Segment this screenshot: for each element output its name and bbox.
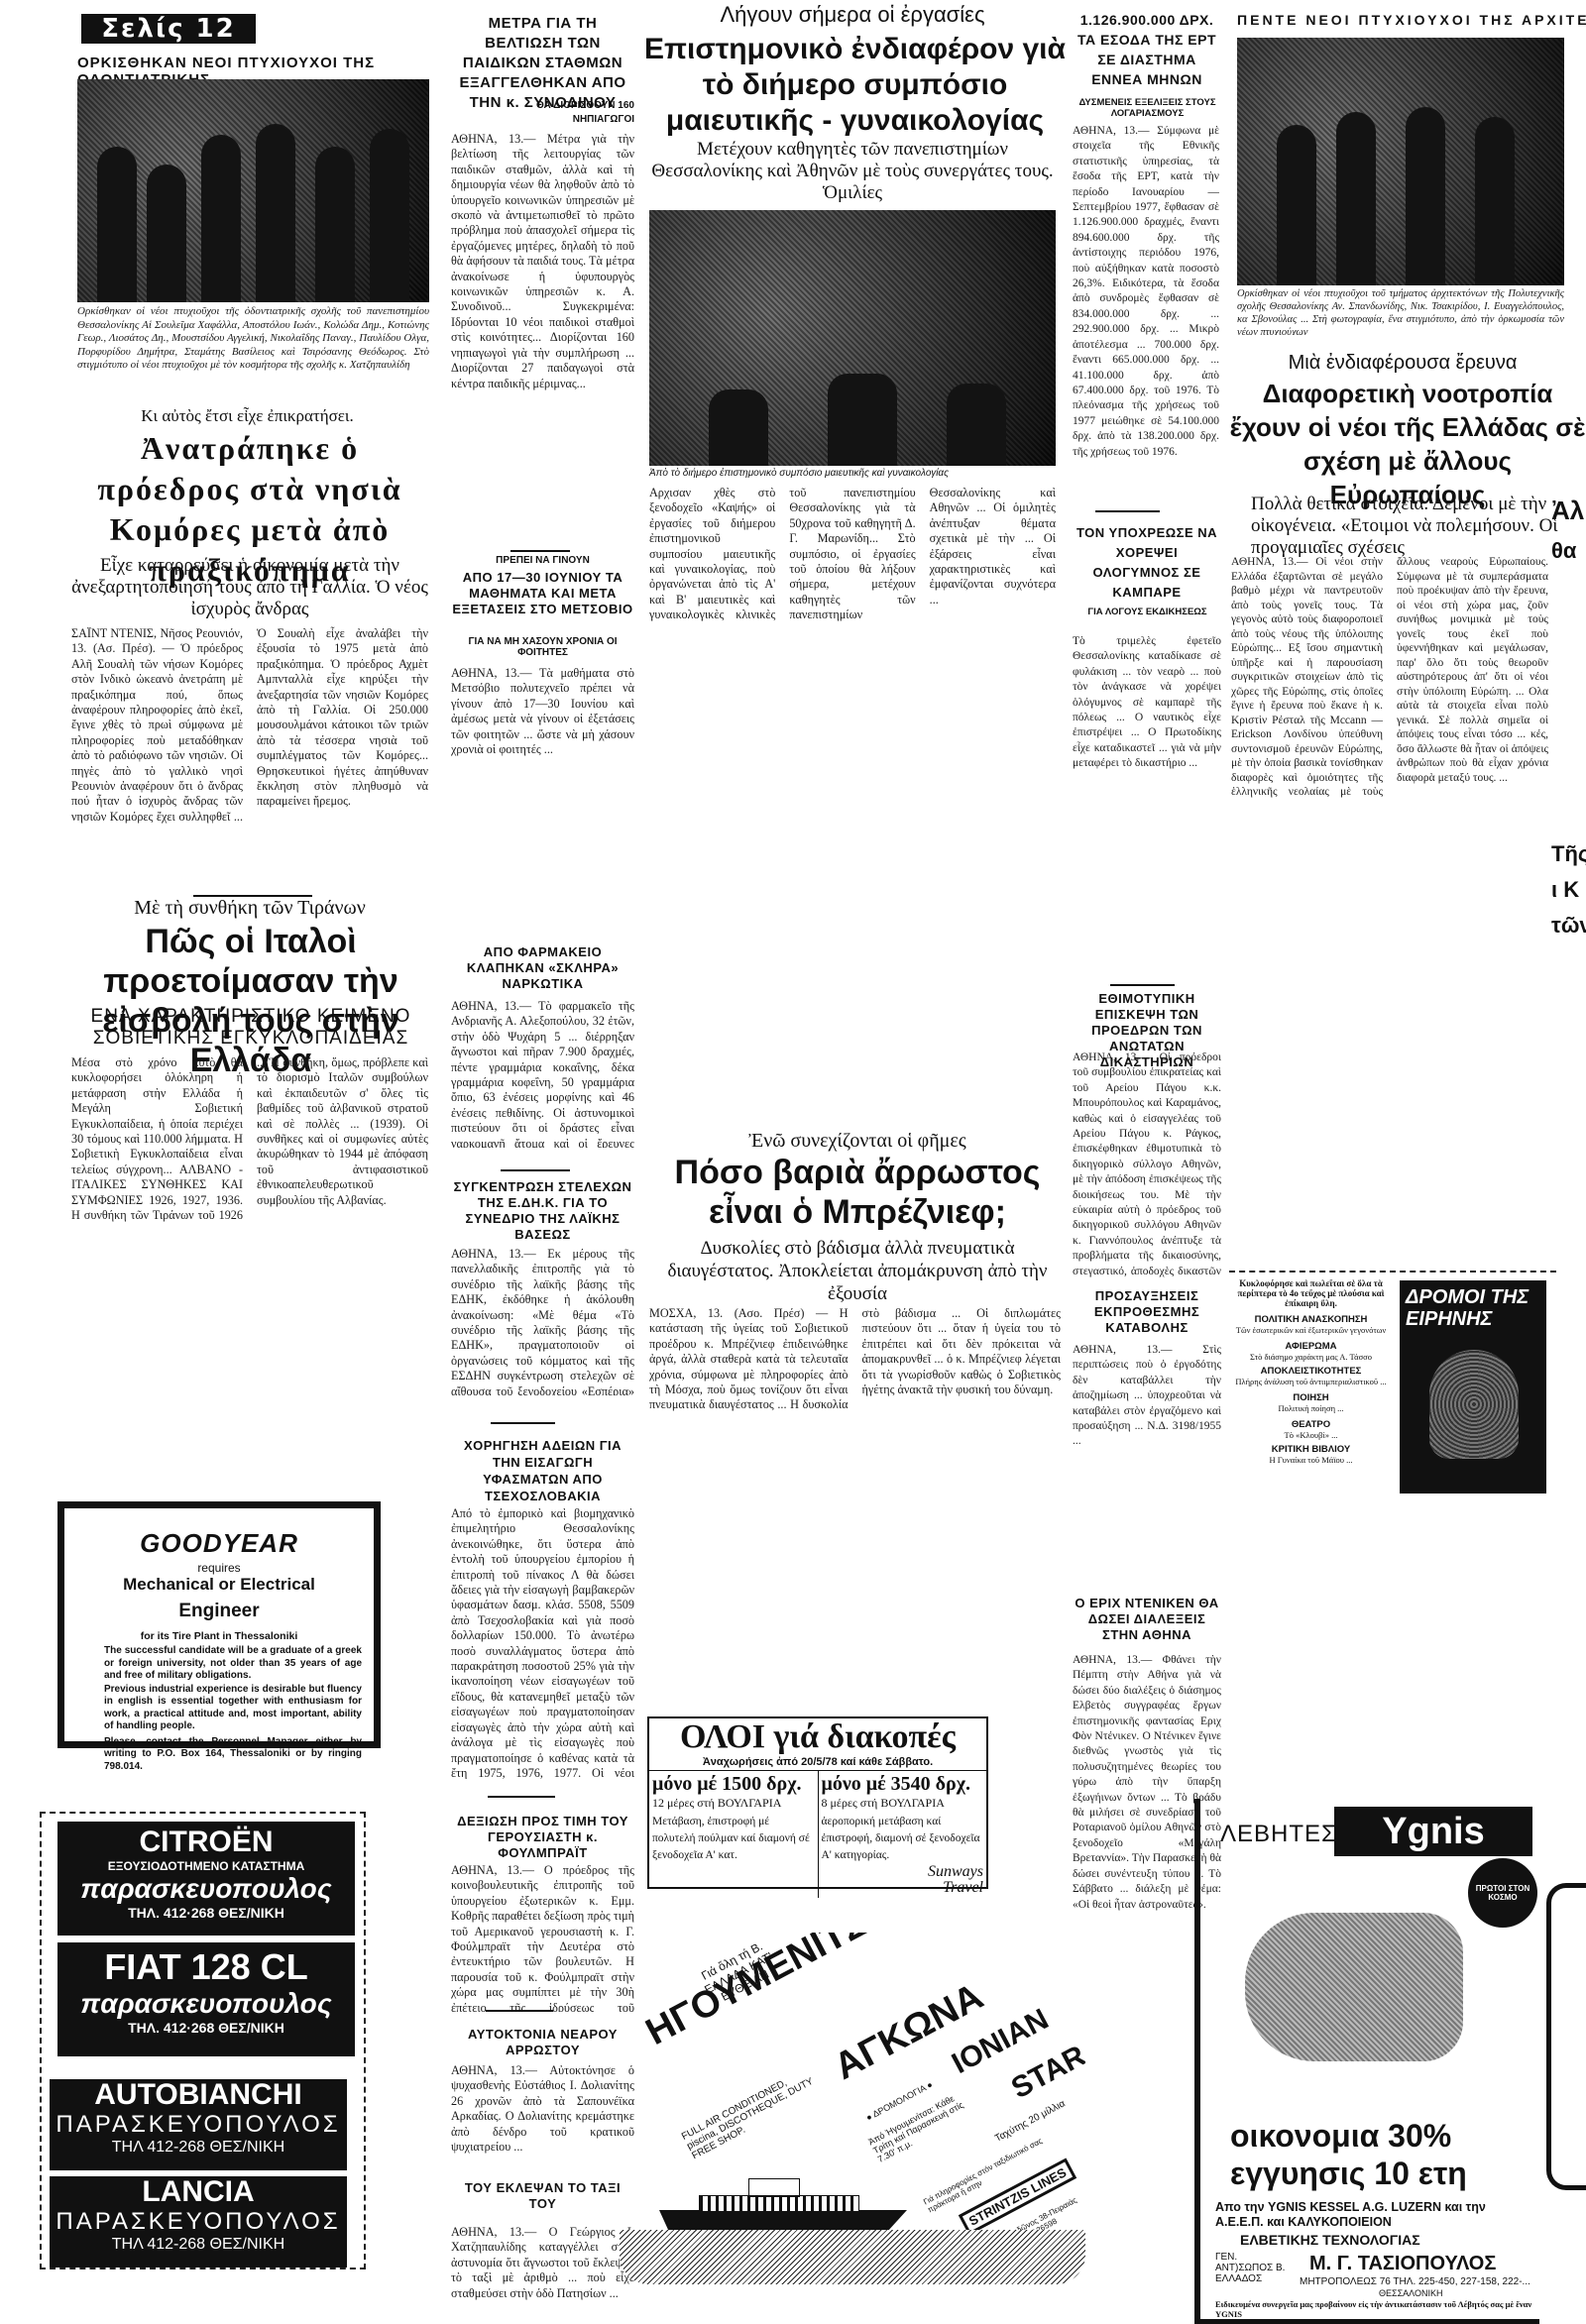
- goodyear-position: Mechanical or Electrical: [64, 1575, 374, 1595]
- comoros-subhead: Εἶχε καταρρεύσει ἡ οἰκονομία μετὰ τὴν ἀν…: [71, 555, 428, 620]
- ygnis-address: ΜΗΤΡΟΠΟΛΕΩΣ 76 ΤΗΛ. 225-450, 227-158, 22…: [1300, 2276, 1537, 2287]
- lancia-brand: LANCIA: [50, 2176, 347, 2208]
- ionian-star-ferry-ad: Γιά ὅλη τή Β. ΕΛΛΑΔΑ ΚΑΤ' ΕΥΘΕΙΑΝ ΗΓΟΥΜΕ…: [620, 1933, 1085, 2319]
- architects-photo: [1237, 38, 1564, 285]
- fiat-dealer: παρασκευοπουλος: [57, 1988, 355, 2020]
- textiles-headline: ΧΟΡΗΓΗΣΗ ΑΔΕΙΩΝ ΓΙΑ ΤΗΝ ΕΙΣΑΓΩΓΗ ΥΦΑΣΜΑΤ…: [451, 1437, 634, 1504]
- cabaret-subhead: ΓΙΑ ΛΟΓΟΥΣ ΕΚΔΙΚΗΣΕΩΣ: [1076, 607, 1219, 617]
- edge-fragments: Ἀλ θα Τῆς ι Κ τῶν: [1551, 496, 1586, 1189]
- autobianchi-brand: AUTOBIANCHI: [50, 2079, 347, 2111]
- magazine-title: ΔΡΟΜΟΙ ΤΗΣ ΕΙΡΗΝΗΣ: [1400, 1280, 1546, 1336]
- ferry-schedule: Ἀπό Ἡγουμενίτσα: Κάθε Τρίτη καί Παρασκευ…: [866, 2087, 976, 2164]
- goodyear-para2: Previous industrial experience is desira…: [104, 1684, 362, 1733]
- exams-article-body: ΑΘΗΝΑ, 13.— Τὰ μαθήματα στὸ Μετσόβιο πολ…: [451, 666, 634, 939]
- fiat-phone: ΤΗΛ. 412·268 ΘΕΣ/ΝΙΚΗ: [57, 2020, 355, 2036]
- holiday-offer2-days: 8 μέρες στή ΒΟΥΛΓΑΡΙΑ: [822, 1796, 984, 1811]
- citroen-brand: CITROËN: [57, 1826, 355, 1859]
- tirana-article-body: Μέσα στὸ χρόνο αὐτὸ θὰ κυκλοφορήσει ὁλόκ…: [71, 1055, 428, 1494]
- dental-graduates-photo: [77, 79, 429, 302]
- taxi-article-body: ΑΘΗΝΑ, 13.— Ο Γεώργιος Ι. Χατζηπαυλίδης …: [451, 2225, 634, 2314]
- autobianchi-ad: AUTOBIANCHI ΠΑΡΑΣΚΕΥΟΠΟΥΛΟΣ ΤΗΛ 412-268 …: [50, 2079, 347, 2170]
- ygnis-city: ΘΕΣΣΑΛΟΝΙΚΗ: [1379, 2288, 1442, 2298]
- holiday-ad-title: ΟΛΟΙ γιά διακοπές: [649, 1718, 986, 1756]
- goodyear-ad: GOODYEAR requires Mechanical or Electric…: [57, 1501, 381, 1748]
- ygnis-rep-name: Μ. Γ. ΤΑΣΙΟΠΟΥΛΟΣ: [1309, 2253, 1496, 2275]
- page-masthead: Σελίς 12: [81, 14, 256, 44]
- tirana-kicker: Μὲ τὴ συνθήκη τῶν Τιράνων: [71, 897, 428, 920]
- ygnis-warranty: εγγυησις 10 ετη: [1230, 2156, 1467, 2192]
- cabaret-headline: ΤΟΝ ΥΠΟΧΡΕΩΣΕ ΝΑ ΧΟΡΕΨΕΙ ΟΛΟΓΥΜΝΟΣ ΣΕ ΚΑ…: [1073, 523, 1221, 603]
- cover-portrait: [1429, 1350, 1519, 1459]
- goodyear-para1: The successful candidate will be a gradu…: [104, 1645, 362, 1683]
- ygnis-tech: ΕΛΒΕΤΙΚΗΣ ΤΕΧΝΟΛΟΓΙΑΣ: [1240, 2232, 1420, 2248]
- symposium-article-body: Αρχισαν χθὲς στὸ ξενοδοχεῖο «Καψής» οἱ ἐ…: [649, 486, 1056, 1120]
- hatched-wave-border: [620, 2230, 1085, 2284]
- brezhnev-article-body: ΜΟΣΧΑ, 13. (Ασο. Πρέσ) — Η κατάσταση τῆς…: [649, 1306, 1061, 1708]
- symposium-photo-caption: Ἀπὸ τὸ διήμερο ἐπιστημονικὸ συμπόσιο μαι…: [649, 468, 1056, 479]
- ert-subhead: ΔΥΣΜΕΝΕΙΣ ΕΞΕΛΙΞΕΙΣ ΣΤΟΥΣ ΛΟΓΑΡΙΑΣΜΟΥΣ: [1076, 97, 1219, 119]
- survey-subhead: Πολλὰ θετικὰ στοιχεῖα. Δεμένοι μὲ τὴν οἰ…: [1251, 494, 1568, 559]
- divider: [1095, 510, 1160, 512]
- pharmacy-article-body: ΑΘΗΝΑ, 13.— Τὸ φαρμακεῖο τῆς Ανδριανῆς Α…: [451, 999, 634, 1148]
- ert-article-body: ΑΘΗΝΑ, 13.— Σύμφωνα μὲ στοιχεῖα τῆς Εθνι…: [1073, 124, 1219, 530]
- holiday-offer-air: μόνο μέ 3540 δρχ. 8 μέρες στή ΒΟΥΛΓΑΡΙΑ …: [819, 1771, 987, 1898]
- survey-kicker: Μιὰ ἐνδιαφέρουσα ἔρευνα: [1239, 352, 1566, 375]
- magazine-ad-items: ΠΟΛΙΤΙΚΗ ΑΝΑΣΚΟΠΗΣΗ Τῶν ἐσωτερικῶν καὶ ἐ…: [1229, 1314, 1393, 1465]
- survey-article-body: ΑΘΗΝΑ, 13.— Οἱ νέοι στὴν Ελλάδα ἐξαρτῶντ…: [1231, 555, 1548, 1264]
- cabaret-article-body: Τὸ τριμελὲς ἐφετεῖο Θεσσαλονίκης καταδίκ…: [1073, 634, 1221, 981]
- sunways-travel-logo: Sunways Travel: [822, 1864, 984, 1896]
- childcare-headline: ΜΕΤΡΑ ΓΙΑ ΤΗ ΒΕΛΤΙΩΣΗ ΤΩΝ ΠΑΙΔΙΚΩΝ ΣΤΑΘΜ…: [451, 14, 634, 113]
- lancia-phone: ΤΗΛ 412-268 ΘΕΣ/ΝΙΚΗ: [50, 2236, 347, 2254]
- compensation-headline: ΠΡΟΣΑΥΞΗΣΕΙΣ ΕΚΠΡΟΘΕΣΜΗΣ ΚΑΤΑΒΟΛΗΣ: [1073, 1288, 1221, 1336]
- compensation-article-body: ΑΘΗΝΑ, 13.— Στὶς περιπτώσεις ποὺ ὁ ἐργοδ…: [1073, 1343, 1221, 1581]
- comoros-kicker: Κι αὐτὸς ἔτσι εἶχε ἐπικρατήσει.: [71, 406, 423, 426]
- textiles-article-body: Από τὸ ἐμπορικὸ καὶ βιομηχανικὸ ἐπιμελητ…: [451, 1506, 634, 1779]
- adjacent-ad-frame: [1546, 1883, 1586, 2190]
- brezhnev-subhead: Δυσκολίες στὸ βάδισμα ἀλλὰ πνευματικὰ δι…: [654, 1237, 1061, 1305]
- symposium-kicker: Λήγουν σήμερα οἱ ἐργασίες: [644, 2, 1061, 28]
- goodyear-position-2: Engineer: [64, 1601, 374, 1622]
- autobianchi-phone: ΤΗΛ 412-268 ΘΕΣ/ΝΙΚΗ: [50, 2139, 347, 2157]
- ert-headline: 1.126.900.000 ΔΡΧ. ΤΑ ΕΣΟΔΑ ΤΗΣ ΕΡΤ ΣΕ Δ…: [1073, 10, 1221, 89]
- lancia-ad: LANCIA ΠΑΡΑΣΚΕΥΟΠΟΥΛΟΣ ΤΗΛ 412-268 ΘΕΣ/Ν…: [50, 2176, 347, 2268]
- ygnis-boiler-ad: ΛΕΒΗΤΕΣ Ygnis ΠΡΩΤΟΙ ΣΤΟΝ ΚΟΣΜΟ οικονομι…: [1194, 1799, 1539, 2324]
- courts-article-body: ΑΘΗΝΑ, 13.— Οἱ πρόεδροι τοῦ συμβουλίου ἐ…: [1073, 1051, 1221, 1278]
- childcare-subhead: ΘΑ ΔΙΟΡΙΣΘΟΥΝ 160 ΝΗΠΙΑΓΩΓΟΙ: [515, 99, 634, 127]
- citroen-ad: CITROËN ΕΞΟΥΣΙΟΔΟΤΗΜΕΝΟ ΚΑΤΑΣΤΗΜΑ παρασκ…: [57, 1822, 355, 1936]
- goodyear-requires: requires: [64, 1561, 374, 1575]
- holiday-offer1-days: 12 μέρες στή ΒΟΥΛΓΑΡΙΑ: [652, 1796, 815, 1811]
- ygnis-economy: οικονομια 30%: [1230, 2118, 1451, 2155]
- taxi-headline: ΤΟΥ ΕΚΛΕΨΑΝ ΤΟ ΤΑΞΙ ΤΟΥ: [451, 2180, 634, 2212]
- ferry-features: FULL AIR CONDITIONED, piscina, DISCOTHEQ…: [680, 2063, 827, 2162]
- citroen-phone: ΤΗΛ. 412·268 ΘΕΣ/ΝΙΚΗ: [57, 1905, 355, 1921]
- goodyear-location: for its Tire Plant in Thessaloniki: [64, 1630, 374, 1642]
- brezhnev-headline: Πόσο βαριὰ ἄρρωστος εἶναι ὁ Μπρέζνιεφ;: [644, 1153, 1071, 1232]
- magazine-ad-intro: Κυκλοφόρησε καὶ πωλεῖται σὲ ὅλα τὰ περίπ…: [1229, 1278, 1393, 1308]
- boiler-illustration: [1245, 1913, 1463, 2061]
- holiday-offer1-price: μόνο μέ 1500 δρχ.: [652, 1773, 815, 1796]
- symposium-subhead: Μετέχουν καθηγητὲς τῶν πανεπιστημίων Θεσ…: [644, 139, 1061, 204]
- divider: [501, 1169, 570, 1171]
- page-number-label: Σελίς 12: [101, 14, 235, 44]
- suicide-article-body: ΑΘΗΝΑ, 13.— Αὐτοκτόνησε ὁ ψυχασθενὴς Εὐσ…: [451, 2063, 634, 2155]
- fiat-ad: FIAT 128 CL παρασκευοπουλος ΤΗΛ. 412·268…: [57, 1942, 355, 2056]
- citroen-tagline: ΕΞΟΥΣΙΟΔΟΤΗΜΕΝΟ ΚΑΤΑΣΤΗΜΑ: [57, 1859, 355, 1873]
- divider: [486, 2010, 553, 2012]
- divider: [510, 550, 570, 552]
- architects-photo-caption: Ορκίσθηκαν οἱ νέοι πτυχιοῦχοι τοῦ τμήματ…: [1237, 287, 1564, 335]
- holiday-ad: ΟΛΟΙ γιά διακοπές Ἀναχωρήσεις ἀπό 20/5/7…: [647, 1716, 988, 1889]
- dental-graduates-caption: Ορκίσθηκαν οἱ νέοι πτυχιοῦχοι τῆς ὀδοντι…: [77, 305, 429, 396]
- holiday-offer2-price: μόνο μέ 3540 δρχ.: [822, 1773, 984, 1796]
- divider: [1110, 984, 1175, 986]
- exams-headline: ΑΠΟ 17—30 ΙΟΥΝΙΟΥ ΤΑ ΜΑΘΗΜΑΤΑ ΚΑΙ ΜΕΤΑ Ε…: [451, 570, 634, 617]
- fulbright-headline: ΔΕΞΙΩΣΗ ΠΡΟΣ ΤΙΜΗ ΤΟΥ ΓΕΡΟΥΣΙΑΣΤΗ κ. ΦΟΥ…: [451, 1814, 634, 1861]
- lancia-dealer: ΠΑΡΑΣΚΕΥΟΠΟΥΛΟΣ: [50, 2208, 347, 2236]
- symposium-photo: [649, 210, 1056, 466]
- ygnis-badge: ΠΡΩΤΟΙ ΣΤΟΝ ΚΟΣΜΟ: [1468, 1858, 1537, 1928]
- holiday-offer-bus: μόνο μέ 1500 δρχ. 12 μέρες στή ΒΟΥΛΓΑΡΙΑ…: [649, 1771, 819, 1898]
- exams-subhead: ΓΙΑ ΝΑ ΜΗ ΧΑΣΟΥΝ ΧΡΟΝΙΑ ΟΙ ΦΟΙΤΗΤΕΣ: [451, 636, 634, 658]
- architects-headline: ΠΕΝΤΕ ΝΕΟΙ ΠΤΥΧΙΟΥΧΟΙ ΤΗΣ ΑΡΧΙΤΕΚΤΟΝΙΚΗΣ: [1237, 12, 1586, 28]
- fulbright-article-body: ΑΘΗΝΑ, 13.— Ο πρόεδρος τῆς κοινοβουλευτι…: [451, 1863, 634, 2012]
- survey-headline: Διαφορετικὴ νοοτροπία ἔχουν οἱ νέοι τῆς …: [1229, 377, 1586, 511]
- magazine-ad: Κυκλοφόρησε καὶ πωλεῖται σὲ ὅλα τὰ περίπ…: [1229, 1271, 1556, 1500]
- ygnis-title-prefix: ΛΕΒΗΤΕΣ: [1220, 1821, 1337, 1848]
- childcare-article-body: ΑΘΗΝΑ, 13.— Μέτρα γιὰ τὴν βελτίωση τῆς λ…: [451, 132, 634, 546]
- ygnis-footer: Ειδικευμένα συνεργεῖα μας προβαίνουν εἰς…: [1215, 2299, 1537, 2319]
- magazine-cover: ΔΡΟΜΟΙ ΤΗΣ ΕΙΡΗΝΗΣ: [1400, 1280, 1546, 1494]
- autobianchi-dealer: ΠΑΡΑΣΚΕΥΟΠΟΥΛΟΣ: [50, 2111, 347, 2139]
- goodyear-logo: GOODYEAR: [64, 1528, 374, 1559]
- ygnis-rep-label: ΓΕΝ. ΑΝΤ)ΣΩΠΟΣ Β. ΕΛΛΑΔΟΣ: [1215, 2252, 1295, 2284]
- citroen-dealer: παρασκευοπουλος: [57, 1873, 355, 1905]
- divider: [491, 1422, 555, 1424]
- tirana-subhead: ΕΝΑ ΧΑΡΑΚΤΗΡΙΣΤΙΚΟ ΚΕΙΜΕΝΟ ΣΟΒΙΕΤΙΚΗΣ ΕΓ…: [67, 1006, 434, 1050]
- brezhnev-kicker: Ἐνῶ συνεχίζονται οἱ φῆμες: [649, 1130, 1066, 1153]
- divider: [488, 1796, 555, 1798]
- holiday-ad-departures: Ἀναχωρήσεις ἀπό 20/5/78 καί κάθε Σάββατο…: [649, 1756, 986, 1768]
- comoros-article-body: ΣΑΪΝΤ ΝΤΕΝΙΣ, Νῆσος Ρεουνιόν, 13. (Ασ. Π…: [71, 626, 428, 886]
- erich-headline: Ο ΕΡΙΧ ΝΤΕΝΙΚΕΝ ΘΑ ΔΩΣΕΙ ΔΙΑΛΕΞΕΙΣ ΣΤΗΝ …: [1073, 1596, 1221, 1643]
- ygnis-brand-logo: Ygnis: [1334, 1807, 1532, 1856]
- edik-headline: ΣΥΓΚΕΝΤΡΩΣΗ ΣΤΕΛΕΧΩΝ ΤΗΣ Ε.ΔΗ.Κ. ΓΙΑ ΤΟ …: [451, 1179, 634, 1243]
- ygnis-from: Απο την YGNIS KESSEL A.G. LUZERN και την…: [1215, 2200, 1532, 2230]
- pharmacy-headline: ΑΠΟ ΦΑΡΜΑΚΕΙΟ ΚΛΑΠΗΚΑΝ «ΣΚΛΗΡΑ» ΝΑΡΚΩΤΙΚ…: [451, 944, 634, 992]
- holiday-offer2-desc: ἀεροπορική μετάβαση καί ἐπιστροφή, διαμο…: [822, 1814, 984, 1864]
- suicide-headline: ΑΥΤΟΚΤΟΝΙΑ ΝΕΑΡΟΥ ΑΡΡΩΣΤΟΥ: [451, 2027, 634, 2058]
- fiat-brand: FIAT 128 CL: [57, 1946, 355, 1988]
- goodyear-para3: Please, contact the Personnel Manager ei…: [104, 1736, 362, 1774]
- holiday-offer1-desc: Μετάβαση, ἐπιστροφή μέ πολυτελή πούλμαν …: [652, 1814, 815, 1864]
- exams-kicker: ΠΡΕΠΕΙ ΝΑ ΓΙΝΟΥΝ: [451, 555, 634, 566]
- edik-article-body: ΑΘΗΝΑ, 13.— Εκ μέρους τῆς πανελλαδικῆς ἐ…: [451, 1247, 634, 1395]
- symposium-headline: Επιστημονικὸ ἐνδιαφέρον γιὰ τὸ διήμερο σ…: [644, 32, 1066, 139]
